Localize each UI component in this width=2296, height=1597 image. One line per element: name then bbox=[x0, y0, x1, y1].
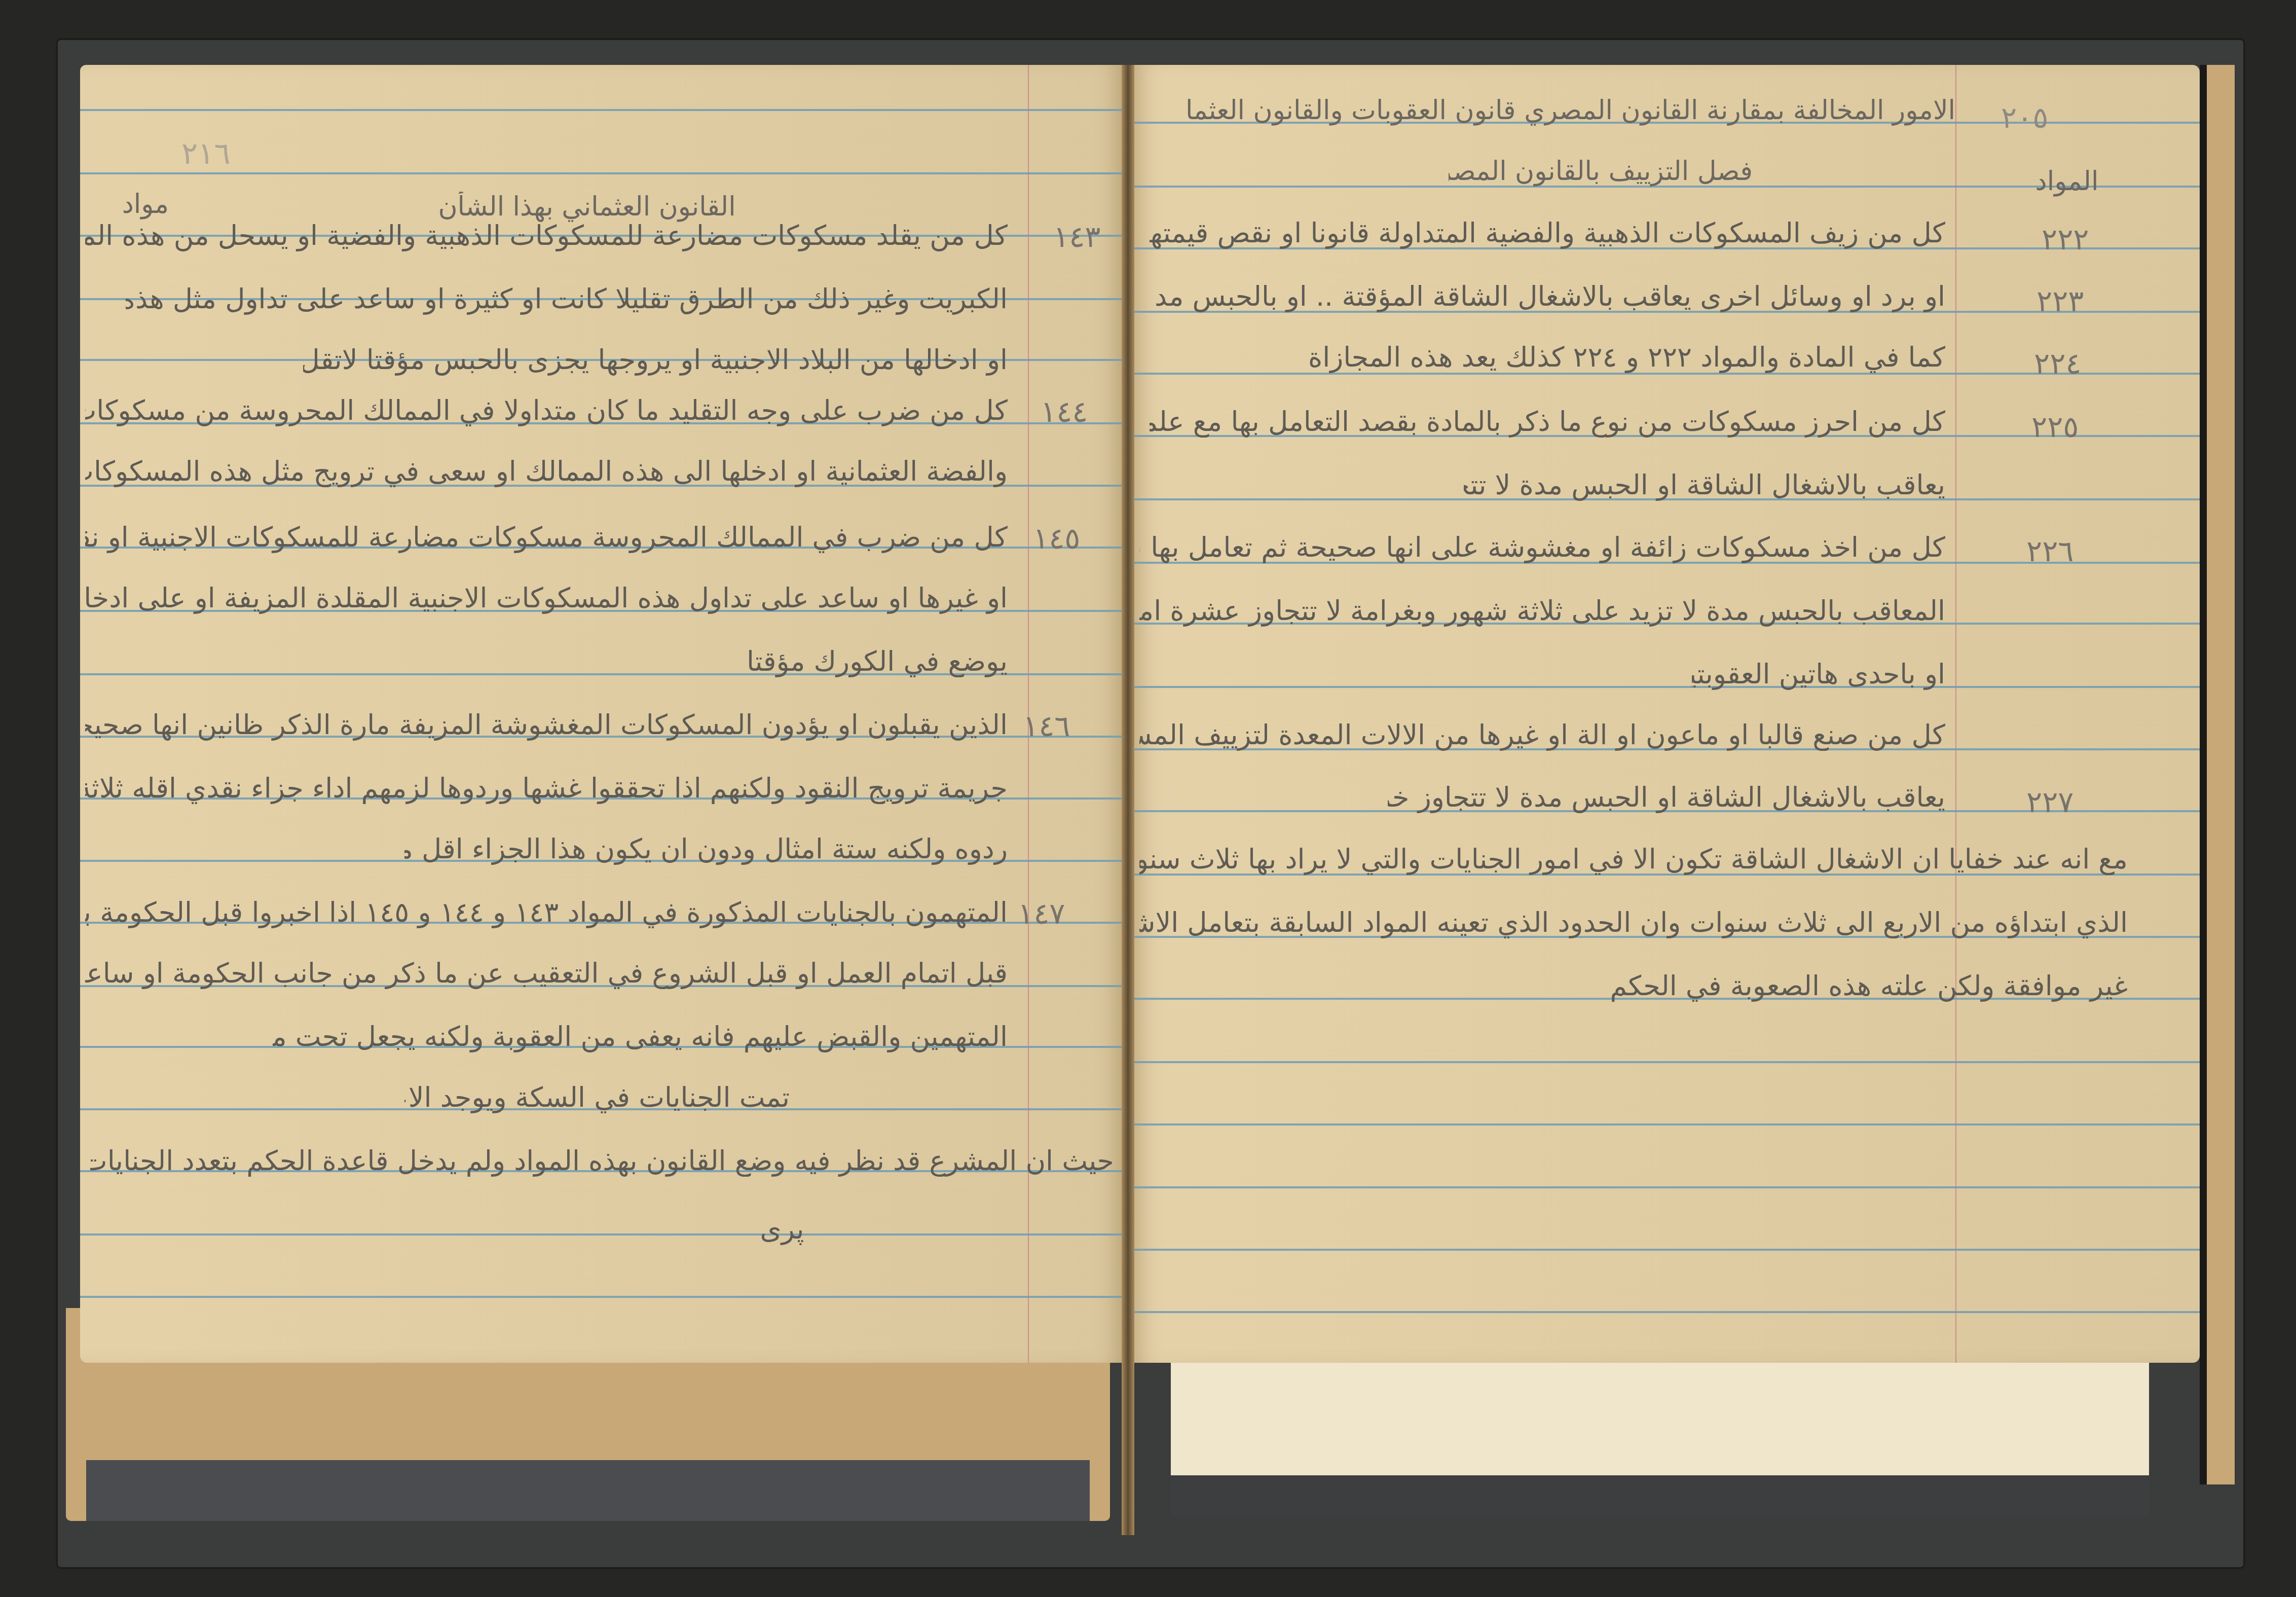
article-line: والفضة العثمانية او ادخلها الى هذه المما… bbox=[85, 455, 1008, 487]
article-line: المتهمون بالجنايات المذكورة في المواد ١٤… bbox=[85, 896, 1008, 928]
cover-binding bbox=[86, 1460, 1090, 1521]
ruled-line bbox=[80, 1296, 1122, 1298]
article-line: جريمة ترويج النقود ولكنهم اذا تحققوا غشه… bbox=[85, 772, 1008, 804]
article-line: يعاقب بالاشغال الشاقة او الحبس مدة لا تت… bbox=[1388, 781, 1945, 813]
left-page: ٢١٦ مواد القانون العثماني بهذا الشأن ١٤٣… bbox=[80, 65, 1122, 1363]
section-title: فصل التزييف بالقانون المصري bbox=[1449, 156, 1753, 187]
page-number: ٢٠٥ bbox=[2001, 100, 2048, 135]
pencil-page-number: ٢١٦ bbox=[181, 136, 231, 171]
remark-line: مع انه عند خفايا ان الاشغال الشاقة تكون … bbox=[1139, 843, 2128, 875]
article-number: ١٤٤ bbox=[1041, 394, 1088, 429]
article-line: كل من صنع قالبا او ماعون او الة او غيرها… bbox=[1139, 719, 1945, 751]
ruled-line bbox=[1134, 1061, 2200, 1063]
article-number: ١٤٧ bbox=[1018, 896, 1065, 931]
article-line: المعاقب بالحبس مدة لا تزيد على ثلاثة شهو… bbox=[1139, 595, 1945, 627]
ruled-line bbox=[80, 172, 1122, 174]
article-line: الذين يقبلون او يؤدون المسكوكات المغشوشة… bbox=[85, 709, 1008, 741]
page-stack-edge bbox=[2200, 65, 2235, 1484]
article-line: كل من اخذ مسكوكات زائفة او مغشوشة على ان… bbox=[1139, 531, 1945, 563]
ruled-line bbox=[1134, 1249, 2200, 1251]
article-number: ٢٢٥ bbox=[2031, 410, 2079, 444]
closing-line: تمت الجنايات في السكة ويوجد الاعتراف للم… bbox=[404, 1081, 790, 1113]
book-gutter bbox=[1122, 65, 1134, 1535]
article-line: او ادخالها من البلاد الاجنبية او يروجها … bbox=[303, 344, 1008, 376]
article-line: المتهمين والقبض عليهم فانه يعفى من العقو… bbox=[273, 1021, 1008, 1052]
article-number: ٢٢٦ bbox=[2026, 534, 2073, 568]
article-line: يوضع في الكورك مؤقتا bbox=[739, 645, 1008, 677]
article-line: كل من ضرب في الممالك المحروسة مسكوكات مض… bbox=[85, 521, 1008, 553]
article-number: ٢٢٣ bbox=[2036, 284, 2084, 318]
section-title: القانون العثماني بهذا الشأن bbox=[410, 192, 764, 222]
header-title: الامور المخالفة بمقارنة القانون المصري ق… bbox=[1185, 95, 1955, 126]
article-line: قبل اتمام العمل او قبل الشروع في التعقيب… bbox=[85, 957, 1008, 989]
signature-mark: پرى bbox=[719, 1213, 845, 1245]
ruled-line bbox=[1134, 1186, 2200, 1188]
article-line: كل من ضرب على وجه التقليد ما كان متداولا… bbox=[85, 394, 1008, 426]
article-line: ردوه ولكنه ستة امثال ودون ان يكون هذا ال… bbox=[404, 833, 1008, 865]
article-line: يعاقب بالاشغال الشاقة او الحبس مدة لا تت… bbox=[1464, 469, 1945, 501]
column-header: المواد bbox=[2026, 166, 2107, 197]
remark-line: الذي ابتداؤه من الاربع الى ثلاث سنوات وا… bbox=[1139, 906, 2128, 938]
final-note: حيث ان المشرع قد نظر فيه وضع القانون بهذ… bbox=[90, 1145, 1114, 1177]
column-header: مواد bbox=[108, 189, 169, 220]
article-line: كل من يقلد مسكوكات مضارعة للمسكوكات الذه… bbox=[85, 220, 1008, 251]
article-number: ١٤٦ bbox=[1023, 709, 1070, 743]
cover-binding bbox=[1171, 1475, 2149, 1516]
article-line: كما في المادة والمواد ٢٢٢ و ٢٢٤ كذلك يعد… bbox=[1286, 341, 1945, 373]
ruled-line bbox=[80, 109, 1122, 111]
margin-line bbox=[1955, 65, 1956, 1363]
ruled-line bbox=[1134, 1123, 2200, 1126]
right-page: ٢٠٥ الامور المخالفة بمقارنة القانون المص… bbox=[1134, 65, 2200, 1363]
ruled-line bbox=[80, 1233, 1122, 1236]
ruled-line bbox=[1134, 1311, 2200, 1313]
article-line: كل من احرز مسكوكات من نوع ما ذكر بالمادة… bbox=[1150, 406, 1945, 438]
article-line: كل من زيف المسكوكات الذهبية والفضية المت… bbox=[1150, 217, 1945, 249]
remark-line: غير موافقة ولكن علته هذه الصعوبة في الحك… bbox=[1590, 970, 2128, 1002]
article-number: ١٤٥ bbox=[1033, 521, 1080, 556]
article-line: او باحدى هاتين العقوبتين bbox=[1692, 658, 1945, 690]
ruled-line bbox=[1134, 686, 2200, 688]
article-number: ٢٢٧ bbox=[2026, 785, 2073, 819]
article-line: او برد او وسائل اخرى يعاقب بالاشغال الشا… bbox=[1155, 280, 1945, 312]
article-number: ٢٢٢ bbox=[2042, 222, 2089, 257]
article-number: ١٤٣ bbox=[1053, 220, 1100, 254]
article-line: او غيرها او ساعد على تداول هذه المسكوكات… bbox=[85, 582, 1008, 614]
article-line: الكبريت وغير ذلك من الطرق تقليلا كانت او… bbox=[126, 283, 1008, 315]
article-number: ٢٢٤ bbox=[2034, 346, 2081, 381]
